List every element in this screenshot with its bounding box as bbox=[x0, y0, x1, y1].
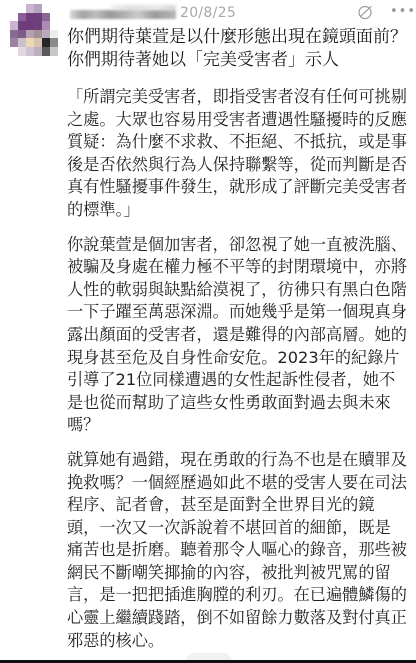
paragraph-line: 是也從而幫助了這些女性勇敢面對過去與未來 bbox=[67, 392, 411, 415]
paragraph-line: 一下子躍至萬惡深淵。而她幾乎是第一個現真身 bbox=[67, 301, 411, 324]
more-icon[interactable]: ••• bbox=[390, 5, 416, 19]
post-body: 你們期待葉萱是以什麼形態出現在鏡頭面前？ 你們期待著她以「完美受害者」示人 「所… bbox=[67, 26, 411, 652]
paragraph-line: 挽救嗎？一個經歷過如此不堪的受害人要在司法 bbox=[67, 472, 411, 495]
paragraph-line: 質疑：為什麼不求救、不拒絕、不抵抗，或是事 bbox=[67, 131, 411, 154]
avatar[interactable] bbox=[10, 4, 58, 56]
paragraph-line: 「所謂完美受害者，即指受害者沒有任何可挑剔 bbox=[67, 86, 411, 109]
paragraph-line: 心靈上繼續踐踏，倒不如留餘力數落及對付真正 bbox=[67, 607, 411, 630]
headline-line: 你們期待著她以「完美受害者」示人 bbox=[67, 49, 411, 72]
post-headline: 你們期待葉萱是以什麼形態出現在鏡頭面前？ 你們期待著她以「完美受害者」示人 bbox=[67, 26, 411, 72]
headline-line: 你們期待葉萱是以什麼形態出現在鏡頭面前？ bbox=[67, 26, 411, 49]
post-timestamp: 20/8/25 bbox=[180, 5, 236, 21]
paragraph-line: 露出顏面的受害者，還是難得的內部高層。她的 bbox=[67, 324, 411, 347]
paragraph-line: 網民不斷嘲笑揶揄的內容，被批判被咒罵的留 bbox=[67, 562, 411, 585]
paragraph-line: 之處。大眾也容易用受害者遭遇性騷擾時的反應 bbox=[67, 109, 411, 132]
paragraph-line: 後是否依然與行為人保持聯繫等，從而判斷是否 bbox=[67, 154, 411, 177]
paragraph-line: 言，是一把把插進胸膛的利刃。在已遍體鱗傷的 bbox=[67, 584, 411, 607]
quote-paragraph: 「所謂完美受害者，即指受害者沒有任何可挑剔 之處。大眾也容易用受害者遭遇性騷擾時… bbox=[67, 86, 411, 222]
paragraph-line: 的標準。」 bbox=[67, 199, 411, 222]
argument-paragraph: 你說葉萱是個加害者，卻忽視了她一直被洗腦、 被騙及身處在權力極不平等的封閉環境中… bbox=[67, 234, 411, 437]
author-name-blurred[interactable] bbox=[70, 10, 176, 19]
paragraph-line: 現身甚至危及自身性命安危。2023年的紀錄片 bbox=[67, 347, 411, 370]
paragraph-line: 人性的軟弱與缺點給漠視了，彷彿只有黑白色階 bbox=[67, 279, 411, 302]
paragraph-line: 頭，一次又一次訴說着不堪回首的細節，既是 bbox=[67, 517, 411, 540]
paragraph-line: 引導了21位同樣遭遇的女性起訴性侵者，她不 bbox=[67, 369, 411, 392]
repost-icon[interactable] bbox=[357, 4, 373, 20]
paragraph-line: 被騙及身處在權力極不平等的封閉環境中，亦將 bbox=[67, 256, 411, 279]
closing-paragraph: 就算她有過錯，現在勇敢的行為不也是在贖罪及 挽救嗎？一個經歷過如此不堪的受害人要… bbox=[67, 449, 411, 652]
paragraph-line: 嗎？ bbox=[67, 414, 411, 437]
paragraph-line: 邪惡的核心。 bbox=[67, 630, 411, 653]
paragraph-line: 你說葉萱是個加害者，卻忽視了她一直被洗腦、 bbox=[67, 234, 411, 257]
paragraph-line: 程序、記者會，甚至是面對全世界目光的鏡 bbox=[67, 494, 411, 517]
post-header: 20/8/25 ••• bbox=[64, 2, 416, 24]
paragraph-line: 痛苦也是折磨。聽着那令人嘔心的錄音，那些被 bbox=[67, 539, 411, 562]
paragraph-line: 真有性騷擾事件發生，就形成了評斷完美受害者 bbox=[67, 176, 411, 199]
paragraph-line: 就算她有過錯，現在勇敢的行為不也是在贖罪及 bbox=[67, 449, 411, 472]
